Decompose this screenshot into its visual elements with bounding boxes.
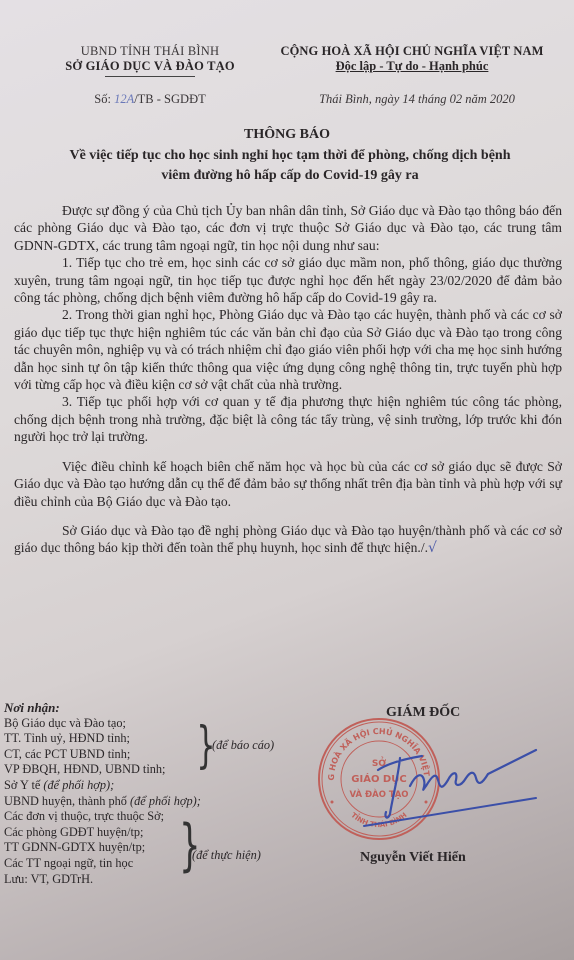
archive-note: Lưu: VT, GDTrH. (4, 872, 324, 888)
recipient-item: Sở Y tế (để phối hợp); (4, 778, 324, 794)
recipient-item: TT GDNN-GDTX huyện/tp; (4, 840, 324, 856)
signer-name: Nguyễn Viết Hiển (360, 850, 466, 866)
agency-name: SỞ GIÁO DỤC VÀ ĐÀO TẠO (40, 59, 260, 74)
recipient-item: Bộ Giáo dục và Đào tạo; (4, 716, 324, 732)
recipient-item: TT. Tỉnh uỷ, HĐND tỉnh; (4, 731, 324, 747)
handwritten-number: 12A (114, 92, 134, 106)
agency-parent: UBND TỈNH THÁI BÌNH (40, 44, 260, 59)
document-body: Được sự đồng ý của Chủ tịch Ủy ban nhân … (14, 202, 562, 558)
implement-label: (để thực hiện) (192, 848, 261, 863)
recipient-item: UBND huyện, thành phố (để phối hợp); (4, 794, 324, 810)
adjustment-paragraph: Việc điều chỉnh kế hoạch biên chế năm họ… (14, 458, 562, 510)
document-date: Thái Bình, ngày 14 tháng 02 năm 2020 (262, 92, 572, 107)
recipient-item: Các TT ngoại ngữ, tin học (4, 856, 324, 872)
intro-paragraph: Được sự đồng ý của Chủ tịch Ủy ban nhân … (14, 202, 562, 254)
report-label: (để báo cáo) (212, 738, 274, 753)
document-subtitle: Về việc tiếp tục cho học sinh nghỉ học t… (60, 146, 520, 186)
issuing-agency: UBND TỈNH THÁI BÌNH SỞ GIÁO DỤC VÀ ĐÀO T… (40, 44, 260, 77)
item-1: 1. Tiếp tục cho trẻ em, học sinh các cơ … (14, 254, 562, 306)
recipient-item: CT, các PCT UBND tỉnh; (4, 747, 324, 763)
item-3: 3. Tiếp tục phối hợp với cơ quan y tế đị… (14, 393, 562, 445)
agency-underline (105, 76, 195, 77)
closing-paragraph: Sở Giáo dục và Đào tạo đề nghị phòng Giá… (14, 522, 562, 558)
national-motto: CỘNG HOÀ XÃ HỘI CHỦ NGHĨA VIỆT NAM Độc l… (262, 44, 562, 74)
recipients-list: Nơi nhận: Bộ Giáo dục và Đào tạo; TT. Tỉ… (4, 700, 324, 887)
brace-icon: } (179, 818, 200, 874)
country-name: CỘNG HOÀ XÃ HỘI CHỦ NGHĨA VIỆT NAM (262, 44, 562, 59)
item-2: 2. Trong thời gian nghỉ học, Phòng Giáo … (14, 306, 562, 393)
document-number: Số: 12A/TB - SGDĐT (40, 92, 260, 107)
document-title: THÔNG BÁO (0, 127, 574, 143)
recipient-item: VP ĐBQH, HĐND, UBND tỉnh; (4, 762, 324, 778)
motto: Độc lập - Tự do - Hạnh phúc (262, 59, 562, 74)
recipient-item: Các đơn vị thuộc, trực thuộc Sở; (4, 809, 324, 825)
handwritten-signature-icon (360, 728, 540, 838)
recipient-item: Các phòng GDĐT huyện/tp; (4, 825, 324, 841)
recipients-heading: Nơi nhận: (4, 700, 324, 716)
document-page: UBND TỈNH THÁI BÌNH SỞ GIÁO DỤC VÀ ĐÀO T… (0, 0, 574, 960)
handwritten-check-mark: √ (428, 540, 437, 556)
